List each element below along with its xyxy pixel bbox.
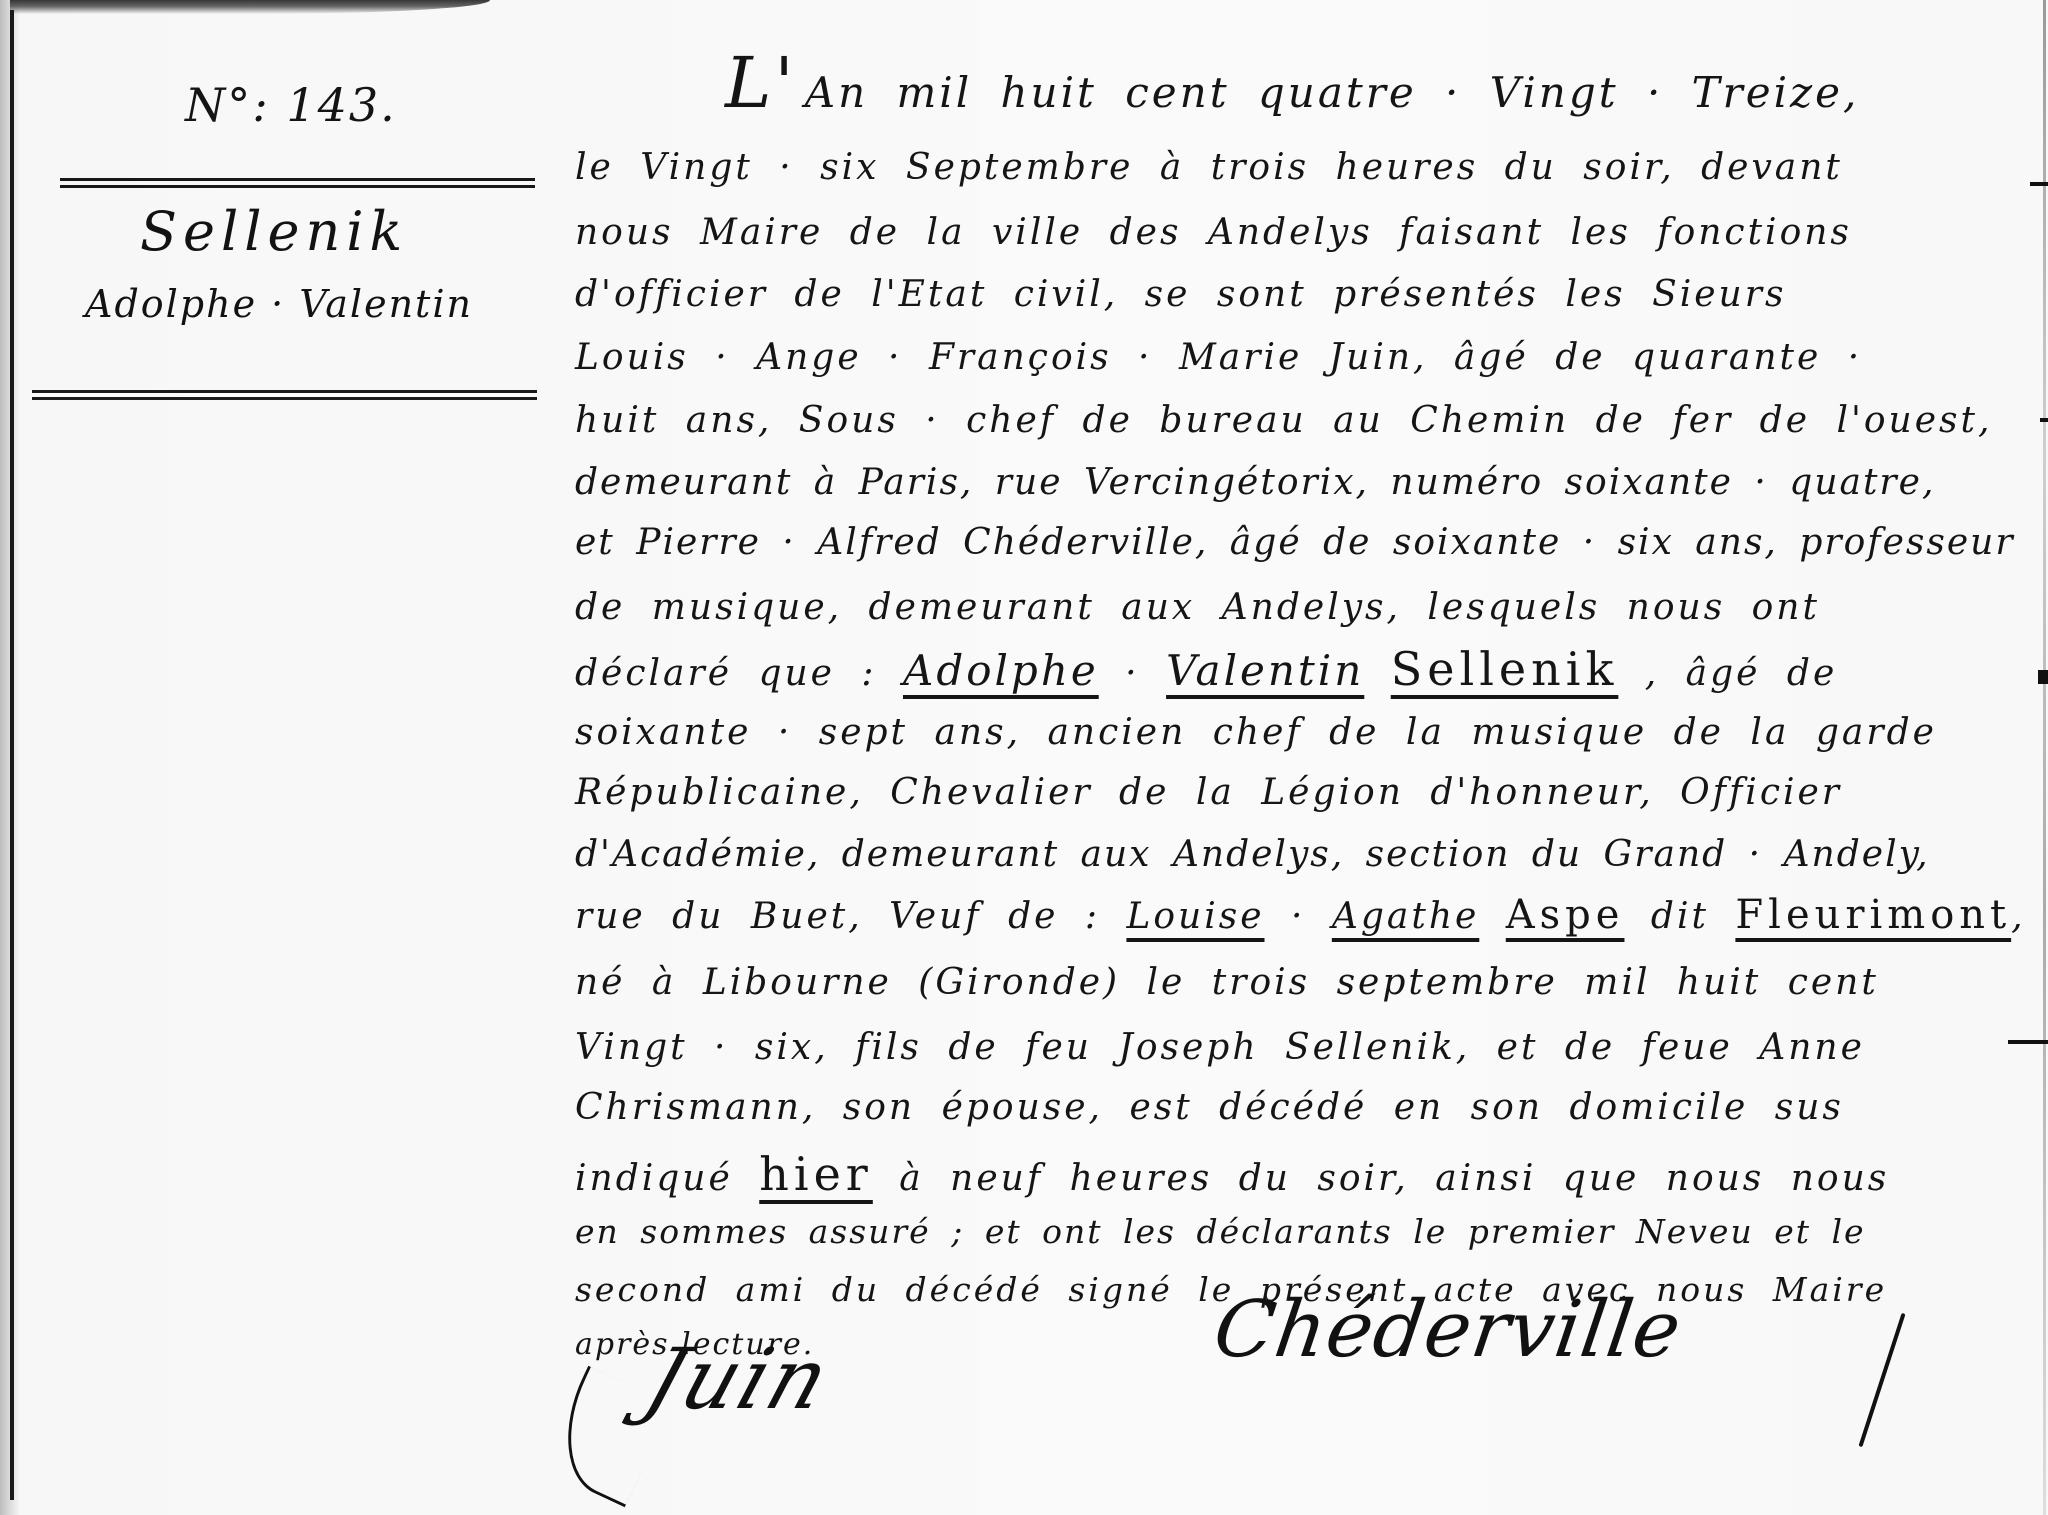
deceased-given-name-2: Valentin (1166, 646, 1364, 695)
deceased-surname: Sellenik (1391, 642, 1619, 696)
line-text: à neuf heures du soir, ainsi que nous no… (873, 1158, 1889, 1199)
dropcap: L' (725, 42, 797, 124)
body-line: Chrismann, son épouse, est décédé en son… (575, 1087, 1844, 1128)
double-rule-divider (32, 390, 537, 400)
line-text: indiqué (575, 1158, 759, 1199)
body-line: Vingt · six, fils de feu Joseph Sellenik… (575, 1027, 1865, 1068)
body-line: huit ans, Sous · chef de bureau au Chemi… (575, 400, 1992, 441)
line-text: , (2011, 896, 2025, 937)
body-line-deceased-name: déclaré que : Adolphe · Valentin Selleni… (575, 642, 1837, 696)
separator: · (1265, 896, 1332, 937)
body-line: en sommes assuré ; et ont les déclarants… (575, 1212, 1866, 1251)
double-rule-divider (60, 178, 535, 188)
margin-given-names: Adolphe · Valentin (85, 282, 473, 326)
margin-rule-vertical (10, 10, 14, 1500)
spouse-given-name-1: Louise (1126, 896, 1264, 937)
separator (1479, 896, 1505, 937)
line-text: An mil huit cent quatre · Vingt · Treize… (805, 68, 1860, 117)
body-line: d'Académie, demeurant aux Andelys, secti… (575, 834, 1930, 875)
separator: · (1099, 653, 1166, 694)
spouse-alias: Fleurimont (1735, 892, 2011, 938)
body-line: de musique, demeurant aux Andelys, lesqu… (575, 587, 1820, 628)
body-line-spouse-name: rue du Buet, Veuf de : Louise · Agathe A… (575, 892, 2026, 938)
spouse-surname: Aspe (1506, 892, 1625, 938)
body-line: nous Maire de la ville des Andelys faisa… (575, 212, 1852, 253)
body-line: Républicaine, Chevalier de la Légion d'h… (575, 772, 1842, 813)
separator (1364, 653, 1390, 694)
margin-surname: Sellenik (140, 200, 408, 263)
margin-column: N°: 143. Sellenik Adolphe · Valentin (20, 0, 550, 1515)
body-line: soixante · sept ans, ancien chef de la m… (575, 712, 1937, 753)
body-line: d'officier de l'Etat civil, se sont prés… (575, 274, 1786, 315)
edge-tick-mark (2008, 1040, 2048, 1044)
body-line-date: indiqué hier à neuf heures du soir, ains… (575, 1147, 1889, 1201)
body-line: et Pierre · Alfred Chéderville, âgé de s… (575, 522, 2015, 563)
signature-chederville: Chéderville (1209, 1285, 1687, 1375)
edge-tick-mark (2040, 418, 2048, 422)
body-line: le Vingt · six Septembre à trois heures … (575, 147, 1843, 188)
edge-tick-mark (2030, 182, 2048, 186)
death-day-hier: hier (759, 1147, 873, 1201)
scanned-register-page: N°: 143. Sellenik Adolphe · Valentin L'A… (0, 0, 2048, 1515)
edge-tick-mark (2038, 670, 2048, 684)
body-line: né à Libourne (Gironde) le trois septemb… (575, 962, 1879, 1003)
line-text: dit (1624, 896, 1735, 937)
line-text: déclaré que : (575, 653, 903, 694)
line-text: , âgé de (1618, 653, 1837, 694)
deceased-given-name-1: Adolphe (903, 646, 1099, 695)
act-number: N°: 143. (185, 78, 397, 132)
page-right-edge (2043, 0, 2046, 1515)
line-text: rue du Buet, Veuf de : (575, 896, 1126, 937)
body-line: Louis · Ange · François · Marie Juin, âg… (575, 337, 1862, 378)
mayor-paraph-stroke (1858, 1313, 1905, 1447)
spouse-given-name-2: Agathe (1332, 896, 1479, 937)
body-line: demeurant à Paris, rue Vercingétorix, nu… (575, 462, 1935, 503)
body-line: L'An mil huit cent quatre · Vingt · Trei… (725, 42, 1859, 124)
